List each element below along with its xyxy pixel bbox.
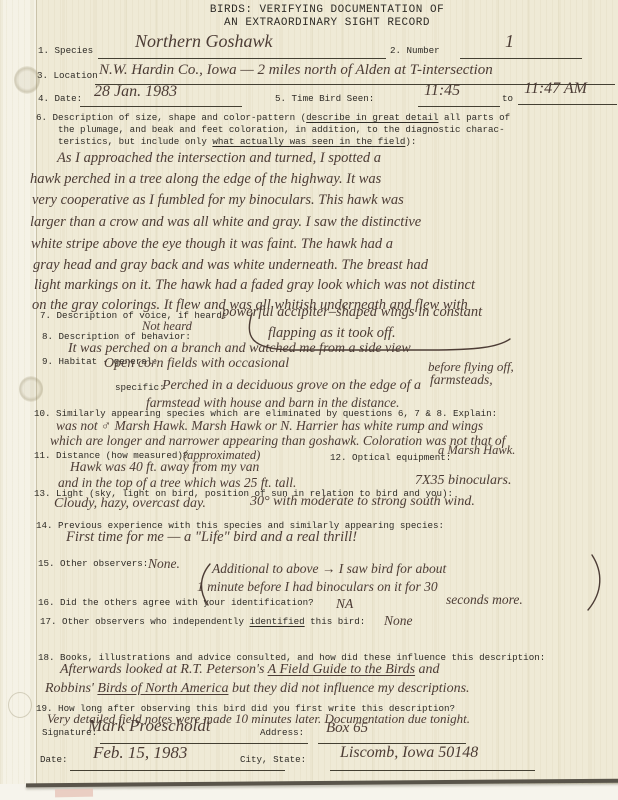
species-label: 1. Species (38, 45, 93, 56)
q6-label-line3: teristics, but include only what actuall… (58, 136, 416, 147)
embossed-stamp-middle (19, 376, 43, 402)
q15-label: 15. Other observers: (38, 558, 148, 569)
q6-answer-line6: gray head and gray back and was white un… (33, 257, 428, 273)
q10-answer-line1: was not ♂ Marsh Hawk. Marsh Hawk or N. H… (56, 418, 483, 434)
time-to-word: to (502, 93, 513, 104)
form-title-line1: BIRDS: VERIFYING DOCUMENTATION OF (36, 4, 618, 17)
q6-answer-line7: light markings on it. The hawk had a fad… (34, 277, 475, 293)
q6-answer-line2: hawk perched in a tree along the edge of… (30, 171, 381, 187)
q17-label-a: 17. Other observers who independently (40, 616, 250, 627)
q6-label-line1: 6. Description of size, shape and color-… (36, 112, 510, 123)
signature-value: Mark Proescholdt (88, 718, 211, 734)
q18-answer-line2: Robbins' Birds of North America but they… (45, 681, 470, 697)
q18-answer-line1-a: Afterwards looked at R.T. Peterson's (60, 662, 268, 677)
q6-answer-cont1: powerful accipiter–shaped wings in const… (222, 304, 482, 320)
time-to-value: 11:47 AM (524, 81, 587, 97)
q17-label-underlined: identified (250, 616, 305, 627)
q17-answer: None (384, 613, 413, 629)
footer-date-label: Date: (40, 754, 68, 765)
q6-answer-cont2: flapping as it took off. (268, 325, 396, 341)
q6-answer-line5: white stripe above the eye though it was… (31, 236, 393, 252)
pink-scan-mark (55, 789, 93, 798)
footer-date-value: Feb. 15, 1983 (93, 745, 187, 761)
citystate-label: City, State: (240, 754, 306, 765)
q14-answer: First time for me — a "Life" bird and a … (66, 529, 357, 545)
q6-answer-line3: very cooperative as I fumbled for my bin… (32, 192, 404, 208)
species-value: Northern Goshawk (135, 33, 273, 49)
number-label: 2. Number (390, 45, 440, 56)
q15-note-line1: Additional to above → I saw bird for abo… (212, 561, 446, 577)
q15-answer: None. (148, 556, 180, 572)
address-value: Box 65 (326, 720, 368, 736)
time-seen-label: 5. Time Bird Seen: (275, 93, 374, 104)
q6-answer-line1: As I approached the intersection and tur… (57, 150, 381, 166)
q18-answer-line2-c: but they did not influence my descriptio… (228, 681, 469, 696)
q6-label-line3-underlined: what actually was seen in the field (212, 136, 405, 147)
q16-answer: NA (336, 596, 353, 612)
q6-answer-line4: larger than a crow and was all white and… (30, 214, 421, 230)
location-value: N.W. Hardin Co., Iowa — 2 miles north of… (99, 62, 493, 78)
q6-label-line1-c: all parts of (439, 112, 511, 123)
q13-answer-part2: 30° with moderate to strong south wind. (250, 494, 475, 510)
time-from-value: 11:45 (424, 83, 460, 99)
number-blank-line (460, 45, 582, 59)
q18-answer-line1: Afterwards looked at R.T. Peterson's A F… (60, 662, 440, 678)
q18-book-title-2: Birds of North America (97, 681, 228, 696)
q13-answer-part1: Cloudy, hazy, overcast day. (54, 496, 206, 512)
date-label: 4. Date: (38, 93, 82, 104)
q15-note-right-paren (588, 555, 600, 610)
date-value: 28 Jan. 1983 (94, 84, 177, 100)
q6-label-line1-a: 6. Description of size, shape and color-… (36, 112, 306, 123)
q8-answer-line1: It was perched on a branch and watched m… (68, 341, 411, 357)
q17-label-c: this bird: (305, 616, 366, 627)
q12-label: 12. Optical equipment: (330, 452, 451, 463)
q9-general-line2: farmsteads, (430, 372, 493, 388)
embossed-stamp-bottom (8, 692, 32, 718)
q6-label-line3-c: ): (405, 136, 416, 147)
citystate-value: Liscomb, Iowa 50148 (340, 745, 478, 761)
q16-label: 16. Did the others agree with your ident… (38, 597, 314, 608)
scanned-form-page: BIRDS: VERIFYING DOCUMENTATION OF AN EXT… (0, 0, 618, 784)
q6-label-line1-underlined: describe in great detail (306, 112, 438, 123)
q6-label-line3-a: teristics, but include only (58, 136, 212, 147)
q18-answer-line1-c: and (415, 662, 440, 677)
address-label: Address: (260, 727, 304, 738)
q9-specific-label: specific: (115, 382, 165, 393)
q7-label: 7. Description of voice, if heard: (40, 310, 227, 321)
location-label: 3. Location (37, 70, 98, 81)
embossed-stamp-top (14, 66, 40, 94)
q6-label-line2: the plumage, and beak and feet coloratio… (58, 124, 505, 135)
q17-label: 17. Other observers who independently id… (40, 616, 365, 627)
form-title-line2: AN EXTRAORDINARY SIGHT RECORD (36, 17, 618, 30)
q18-book-title-1: A Field Guide to the Birds (268, 662, 415, 677)
number-value: 1 (505, 33, 514, 49)
q15-note-line3: seconds more. (446, 592, 523, 608)
q11-answer-line1: Hawk was 40 ft. away from my van (70, 459, 259, 475)
q12-answer: 7X35 binoculars. (415, 473, 511, 489)
q9-specific-line1: Perched in a deciduous grove on the edge… (162, 378, 421, 394)
q15-note-line2: 1 minute before I had binoculars on it f… (197, 579, 438, 595)
q18-answer-line2-a: Robbins' (45, 681, 97, 696)
q9-general-line1: Open corn fields with occasional (104, 356, 289, 372)
